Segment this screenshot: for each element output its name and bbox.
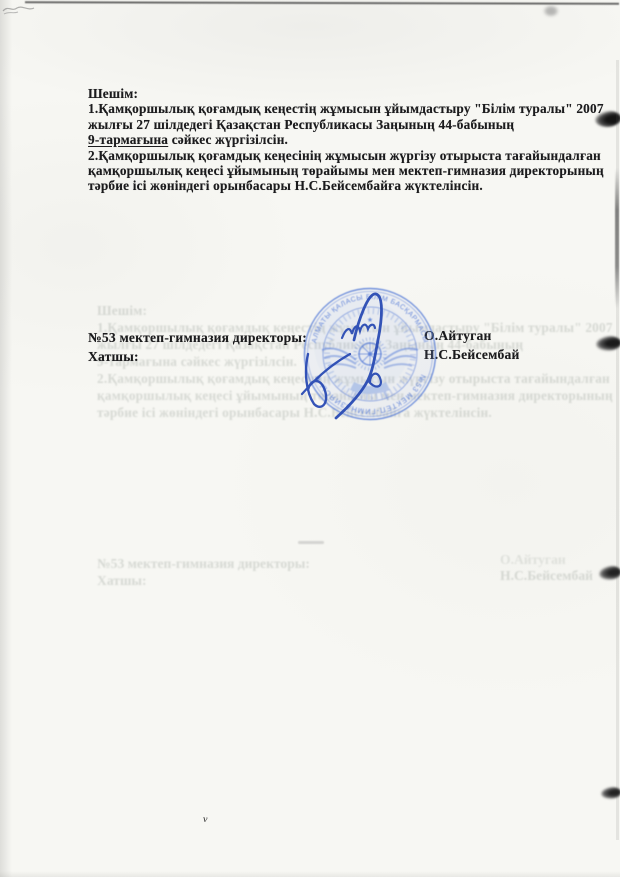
decision-section: Шешім: 1.Қамқоршылық қоғамдық кеңестің ж… [88,86,608,194]
decision-line-3-rest: сәйкес жүргізілсін. [168,132,288,147]
decision-line-2: жылғы 27 шілдедегі Қазақстан Республикас… [88,117,608,132]
official-round-seal: АЛМАТЫ ҚАЛАСЫ БІЛІМ БАСҚАРМАСЫ №53 МЕКТЕ… [292,276,448,432]
ghost-director-label: №53 мектеп-гимназия директоры: [97,556,310,572]
pen-tick-mark: ν [202,814,208,826]
decision-heading: Шешім: [88,86,608,101]
scan-edge-line [616,60,619,840]
decision-line-6: тәрбие ісі жөніндегі орынбасары Н.С.Бейс… [88,178,608,193]
seal-graphic: АЛМАТЫ ҚАЛАСЫ БІЛІМ БАСҚАРМАСЫ №53 МЕКТЕ… [305,289,436,420]
ghost-secretary-label: Хатшы: [97,573,147,589]
decision-line-4: 2.Қамқоршылық қоғамдық кеңесінің жұмысын… [88,148,608,163]
director-signature-label: №53 мектеп-гимназия директоры: [88,330,307,346]
ghost-director-name: О.Айтуган [500,552,566,568]
decision-line-3: 9-тармағына сәйкес жүргізілсін. [88,132,608,147]
underlined-clause: 9-тармағына [88,132,168,147]
emblem-star-icon: ★ [367,316,373,324]
page-top-edge-line [25,1,619,5]
decision-line-5: қамқоршылық кеңесі ұйымының төрайымы мен… [88,163,608,178]
secretary-signature-label: Хатшы: [88,349,139,365]
scan-smudge-top [543,5,559,17]
corner-scribble-mark [2,3,36,15]
ghost-secretary-name: Н.С.Бейсембай [500,568,593,584]
scanned-document-page: Шешім: 1.Қамқоршылық қоғамдық кеңестің ж… [0,0,620,877]
decision-line-1: 1.Қамқоршылық қоғамдық кеңестің жұмысын … [88,101,608,116]
faint-fold-mark [298,541,324,544]
